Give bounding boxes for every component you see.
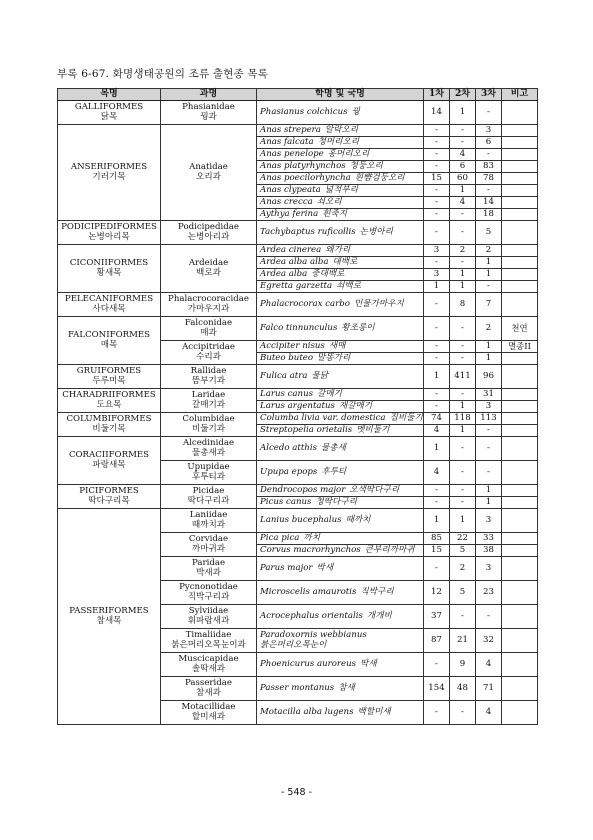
korean-name: 까치 (303, 533, 320, 543)
header-species: 학명 및 국명 (257, 89, 424, 101)
scientific-name: Corvus macrorhynchos (260, 545, 361, 555)
family-cell: Muscicapidae솔딱새과 (161, 653, 257, 677)
survey-1-count: - (424, 401, 450, 413)
survey-2-count: 60 (450, 173, 476, 185)
species-cell: Accipiter nisus새매 (257, 341, 424, 353)
order-name-ko: 닭목 (60, 113, 158, 123)
species-cell: Microscelis amaurotis직박구리 (257, 581, 424, 605)
order-cell: PELECANIFORMES사다새목 (58, 293, 161, 317)
note-cell (502, 173, 538, 185)
survey-1-count: - (424, 257, 450, 269)
header-survey-3: 3차 (476, 89, 502, 101)
scientific-name: Egretta garzetta (260, 281, 332, 291)
survey-2-count: 1 (450, 281, 476, 293)
note-cell (502, 245, 538, 257)
scientific-name: Anas platyrhynchos (260, 161, 346, 171)
scientific-name: Phoenicurus auroreus (260, 659, 356, 669)
survey-3-count: 1 (476, 485, 502, 497)
korean-name: 말똥가리 (317, 353, 350, 363)
survey-3-count: 14 (476, 197, 502, 209)
species-cell: Alcedo atthis물총새 (257, 437, 424, 461)
survey-3-count: 38 (476, 545, 502, 557)
order-cell: CICONIIFORMES황새목 (58, 245, 161, 293)
family-cell: Falconidae매과 (161, 317, 257, 341)
note-cell (502, 413, 538, 425)
note-cell (502, 209, 538, 221)
note-cell (502, 545, 538, 557)
scientific-name: Ardea alba alba (260, 257, 328, 267)
note-cell (502, 353, 538, 365)
survey-2-count: 8 (450, 293, 476, 317)
family-name-ko: 박새과 (163, 569, 254, 579)
survey-3-count: 3 (476, 401, 502, 413)
survey-1-count: - (424, 557, 450, 581)
note-cell (502, 101, 538, 125)
survey-3-count: 18 (476, 209, 502, 221)
korean-name: 꿩 (352, 107, 360, 117)
korean-name: 참새 (338, 683, 355, 693)
species-cell: Anas crecca쇠오리 (257, 197, 424, 209)
note-cell (502, 485, 538, 497)
note-cell: 천연 (502, 317, 538, 341)
survey-3-count: 2 (476, 245, 502, 257)
family-name-ko: 때까치과 (163, 521, 254, 531)
family-name-ko: 뜸부기과 (163, 377, 254, 387)
table-row: CORACIIFORMES파랑새목Alcedinidae물총새과Alcedo a… (58, 437, 538, 461)
survey-2-count: - (450, 389, 476, 401)
survey-3-count: 1 (476, 257, 502, 269)
note-cell (502, 629, 538, 653)
scientific-name: Parus major (260, 563, 313, 573)
korean-name: 새매 (329, 341, 346, 351)
note-cell (502, 677, 538, 701)
family-name-ko: 논병아리과 (163, 233, 254, 243)
note-cell (502, 281, 538, 293)
note-cell (502, 389, 538, 401)
scientific-name: Buteo buteo (260, 353, 313, 363)
family-cell: Anatidae오리과 (161, 125, 257, 221)
order-name-ko: 딱다구리목 (60, 497, 158, 507)
table-row: ANSERIFORMES기러기목Anatidae오리과Anas strepera… (58, 125, 538, 137)
survey-3-count: 2 (476, 317, 502, 341)
species-cell: Larus argentatus재갈매기 (257, 401, 424, 413)
korean-name: 쇠오리 (317, 197, 342, 207)
species-cell: Anas falcata청머리오리 (257, 137, 424, 149)
survey-2-count: 4 (450, 197, 476, 209)
family-cell: Ardeidae백로과 (161, 245, 257, 293)
survey-2-count: 1 (450, 425, 476, 437)
note-cell (502, 161, 538, 173)
korean-name: 후투티 (321, 467, 346, 477)
korean-name: 알락오리 (325, 125, 358, 135)
survey-2-count: - (450, 257, 476, 269)
species-cell: Egretta garzetta쇠백로 (257, 281, 424, 293)
korean-name: 중대백로 (311, 269, 344, 279)
family-cell: Timaliidae붉은머리오목눈이과 (161, 629, 257, 653)
table-row: CHARADRIIFORMES도요목Laridae갈매기과Larus canus… (58, 389, 538, 401)
survey-1-count: 154 (424, 677, 450, 701)
survey-3-count: 3 (476, 557, 502, 581)
scientific-name: Falco tinnunculus (260, 323, 337, 333)
species-cell: Picus canus청딱다구리 (257, 497, 424, 509)
survey-2-count: 9 (450, 653, 476, 677)
note-cell (502, 461, 538, 485)
survey-3-count: - (476, 461, 502, 485)
scientific-name: Phalacrocorax carbo (260, 299, 350, 309)
korean-name: 집비둘기 (390, 413, 423, 423)
survey-2-count: - (450, 353, 476, 365)
table-row: PELECANIFORMES사다새목Phalacrocoracidae가마우지과… (58, 293, 538, 317)
family-name-ko: 후투티과 (163, 473, 254, 483)
scientific-name: Streptopelia orietalis (260, 425, 352, 435)
species-cell: Streptopelia orietalis멧비둘기 (257, 425, 424, 437)
family-name-ko: 붉은머리오목눈이과 (163, 641, 254, 651)
order-name-ko: 참새목 (60, 617, 158, 627)
header-note: 비고 (502, 89, 538, 101)
scientific-name: Anas crecca (260, 197, 313, 207)
order-name-ko: 도요목 (60, 401, 158, 411)
family-name-ko: 수리과 (163, 353, 254, 363)
survey-1-count: 15 (424, 173, 450, 185)
order-name-ko: 사다새목 (60, 305, 158, 315)
species-cell: Anas poecilorhyncha흰뺨검둥오리 (257, 173, 424, 185)
scientific-name: Anas penelope (260, 149, 324, 159)
order-cell: GALLIFORMES닭목 (58, 101, 161, 125)
note-cell (502, 509, 538, 533)
family-cell: Laniidae때까치과 (161, 509, 257, 533)
scientific-name: Anas clypeata (260, 185, 321, 195)
order-name-ko: 매목 (60, 341, 158, 351)
scientific-name: Accipiter nisus (260, 341, 325, 351)
species-cell: Fulica atra물닭 (257, 365, 424, 389)
survey-1-count: 85 (424, 533, 450, 545)
family-cell: Phasianidae꿩과 (161, 101, 257, 125)
species-cell: Corvus macrorhynchos큰부리까마귀 (257, 545, 424, 557)
survey-1-count: 4 (424, 461, 450, 485)
survey-3-count: 33 (476, 533, 502, 545)
scientific-name: Tachybaptus ruficollis (260, 227, 356, 237)
table-row: PASSERIFORMES참새목Laniidae때까치과Lanius bucep… (58, 509, 538, 533)
survey-1-count: 1 (424, 437, 450, 461)
family-cell: Picidae딱다구리과 (161, 485, 257, 509)
survey-3-count: 4 (476, 701, 502, 725)
order-name-ko: 논병아리목 (60, 233, 158, 243)
family-cell: Rallidae뜸부기과 (161, 365, 257, 389)
korean-name: 왜가리 (325, 245, 350, 255)
scientific-name: Phasianus colchicus (260, 107, 348, 117)
species-cell: Larus canus갈매기 (257, 389, 424, 401)
korean-name: 물총새 (321, 443, 346, 453)
survey-3-count: 31 (476, 389, 502, 401)
note-cell (502, 437, 538, 461)
survey-1-count: - (424, 185, 450, 197)
note-cell (502, 293, 538, 317)
family-cell: Columbidae비둘기과 (161, 413, 257, 437)
survey-3-count: 113 (476, 413, 502, 425)
survey-3-count: - (476, 437, 502, 461)
species-cell: Anas strepera알락오리 (257, 125, 424, 137)
table-caption: 부록 6-67. 화명생태공원의 조류 출현종 목록 (57, 66, 268, 81)
family-cell: Motacillidae할미새과 (161, 701, 257, 725)
species-cell: Falco tinnunculus황조롱이 (257, 317, 424, 341)
header-order: 목명 (58, 89, 161, 101)
family-cell: Accipitridae수리과 (161, 341, 257, 365)
species-cell: Passer montanus참새 (257, 677, 424, 701)
survey-2-count: - (450, 437, 476, 461)
survey-3-count: 3 (476, 509, 502, 533)
survey-3-count: - (476, 149, 502, 161)
table-row: GALLIFORMES닭목Phasianidae꿩과Phasianus colc… (58, 101, 538, 125)
survey-3-count: 6 (476, 137, 502, 149)
note-cell (502, 533, 538, 545)
survey-3-count: - (476, 425, 502, 437)
family-cell: Pycnonotidae직박구리과 (161, 581, 257, 605)
family-cell: Paridae박새과 (161, 557, 257, 581)
species-cell: Parus major박새 (257, 557, 424, 581)
scientific-name: Dendrocopos major (260, 485, 345, 495)
korean-name: 청머리오리 (318, 137, 360, 147)
species-cell: Columba livia var. domestica집비둘기 (257, 413, 424, 425)
scientific-name: Pica pica (260, 533, 299, 543)
survey-1-count: - (424, 353, 450, 365)
order-name-ko: 비둘기목 (60, 425, 158, 435)
scientific-name: Ardea cinerea (260, 245, 321, 255)
note-cell (502, 137, 538, 149)
survey-3-count: 3 (476, 125, 502, 137)
survey-1-count: 1 (424, 281, 450, 293)
survey-2-count: - (450, 485, 476, 497)
order-name-ko: 황새목 (60, 269, 158, 279)
family-name-ko: 직박구리과 (163, 593, 254, 603)
note-cell (502, 149, 538, 161)
survey-3-count: 23 (476, 581, 502, 605)
family-name-ko: 솔딱새과 (163, 665, 254, 675)
survey-2-count: - (450, 317, 476, 341)
survey-1-count: - (424, 701, 450, 725)
table-row: CICONIIFORMES황새목Ardeidae백로과Ardea cinerea… (58, 245, 538, 257)
table-row: GRUIFORMES두루미목Rallidae뜸부기과Fulica atra물닭1… (58, 365, 538, 389)
scientific-name: Larus canus (260, 389, 313, 399)
korean-name: 백할미새 (358, 707, 391, 717)
survey-3-count: 4 (476, 653, 502, 677)
scientific-name: Upupa epops (260, 467, 317, 477)
order-cell: COLUMBIFORMES비둘기목 (58, 413, 161, 437)
survey-2-count: 1 (450, 509, 476, 533)
korean-name: 흰죽지 (322, 209, 347, 219)
survey-3-count: - (476, 281, 502, 293)
order-name-ko: 두루미목 (60, 377, 158, 387)
note-cell (502, 221, 538, 245)
family-cell: Alcedinidae물총새과 (161, 437, 257, 461)
survey-2-count: 118 (450, 413, 476, 425)
survey-1-count: - (424, 341, 450, 353)
korean-name: 재갈매기 (339, 401, 372, 411)
korean-name: 붉은머리오목눈이 (260, 641, 421, 651)
order-name-ko: 파랑새목 (60, 461, 158, 471)
note-cell (502, 653, 538, 677)
survey-1-count: - (424, 125, 450, 137)
survey-2-count: - (450, 341, 476, 353)
korean-name: 홍머리오리 (328, 149, 370, 159)
species-cell: Pica pica까치 (257, 533, 424, 545)
family-name-ko: 꿩과 (163, 113, 254, 123)
survey-2-count: - (450, 125, 476, 137)
species-cell: Phoenicurus auroreus딱새 (257, 653, 424, 677)
family-name-ko: 가마우지과 (163, 305, 254, 315)
korean-name: 직박구리 (360, 587, 393, 597)
scientific-name: Fulica atra (260, 371, 307, 381)
order-cell: FALCONIFORMES매목 (58, 317, 161, 365)
survey-2-count: - (450, 221, 476, 245)
survey-1-count: 4 (424, 425, 450, 437)
korean-name: 큰부리까마귀 (365, 545, 415, 555)
survey-2-count: 2 (450, 557, 476, 581)
survey-2-count: - (450, 701, 476, 725)
header-survey-2: 2차 (450, 89, 476, 101)
species-cell: Anas clypeata넓적부리 (257, 185, 424, 197)
species-cell: Tachybaptus ruficollis논병아리 (257, 221, 424, 245)
order-cell: PASSERIFORMES참새목 (58, 509, 161, 725)
family-cell: Passeridae참새과 (161, 677, 257, 701)
survey-2-count: 4 (450, 149, 476, 161)
survey-2-count: 2 (450, 245, 476, 257)
survey-3-count: 71 (476, 677, 502, 701)
survey-1-count: - (424, 485, 450, 497)
family-name-ko: 매과 (163, 329, 254, 339)
survey-3-count: 83 (476, 161, 502, 173)
korean-name: 민물가마우지 (354, 299, 404, 309)
family-name-ko: 백로과 (163, 269, 254, 279)
family-cell: Laridae갈매기과 (161, 389, 257, 413)
korean-name: 물닭 (311, 371, 328, 381)
note-cell (502, 701, 538, 725)
survey-2-count: 1 (450, 185, 476, 197)
survey-2-count: 22 (450, 533, 476, 545)
korean-name: 논병아리 (360, 227, 393, 237)
survey-2-count: 1 (450, 101, 476, 125)
scientific-name: Passer montanus (260, 683, 334, 693)
survey-3-count: 78 (476, 173, 502, 185)
scientific-name: Motacilla alba lugens (260, 707, 354, 717)
korean-name: 때까치 (346, 515, 371, 525)
species-cell: Paradoxornis webbianus붉은머리오목눈이 (257, 629, 424, 653)
family-cell: Phalacrocoracidae가마우지과 (161, 293, 257, 317)
korean-name: 쇠백로 (336, 281, 361, 291)
family-name-ko: 참새과 (163, 689, 254, 699)
korean-name: 개개비 (367, 611, 392, 621)
korean-name: 청둥오리 (350, 161, 383, 171)
survey-2-count: 1 (450, 401, 476, 413)
family-cell: Corvidae까마귀과 (161, 533, 257, 557)
scientific-name: Microscelis amaurotis (260, 587, 356, 597)
family-name-ko: 까마귀과 (163, 545, 254, 555)
note-cell (502, 581, 538, 605)
korean-name: 청딱다구리 (315, 497, 357, 507)
family-cell: Sylviidae휘파람새과 (161, 605, 257, 629)
scientific-name: Anas poecilorhyncha (260, 173, 351, 183)
note-cell: 멸종II (502, 341, 538, 353)
survey-3-count: 5 (476, 221, 502, 245)
scientific-name: Alcedo atthis (260, 443, 317, 453)
survey-1-count: - (424, 221, 450, 245)
scientific-name: Picus canus (260, 497, 311, 507)
order-name-ko: 기러기목 (60, 173, 158, 183)
survey-2-count: 5 (450, 581, 476, 605)
scientific-name: Anas strepera (260, 125, 321, 135)
korean-name: 대백로 (332, 257, 357, 267)
scientific-name: Columba livia var. domestica (260, 413, 386, 423)
family-name-ko: 할미새과 (163, 713, 254, 723)
survey-1-count: - (424, 317, 450, 341)
note-cell (502, 257, 538, 269)
order-cell: CORACIIFORMES파랑새목 (58, 437, 161, 485)
species-cell: Upupa epops후투티 (257, 461, 424, 485)
survey-2-count: 5 (450, 545, 476, 557)
korean-name: 흰뺨검둥오리 (355, 173, 405, 183)
korean-name: 갈매기 (317, 389, 342, 399)
species-cell: Ardea alba중대백로 (257, 269, 424, 281)
note-cell (502, 605, 538, 629)
family-cell: Podicipedidae논병아리과 (161, 221, 257, 245)
order-cell: CHARADRIIFORMES도요목 (58, 389, 161, 413)
survey-1-count: - (424, 209, 450, 221)
survey-1-count: 87 (424, 629, 450, 653)
survey-3-count: 1 (476, 341, 502, 353)
species-cell: Anas platyrhynchos청둥오리 (257, 161, 424, 173)
species-cell: Phasianus colchicus꿩 (257, 101, 424, 125)
survey-3-count: - (476, 185, 502, 197)
survey-1-count: - (424, 137, 450, 149)
korean-name: 넓적부리 (325, 185, 358, 195)
species-cell: Anas penelope홍머리오리 (257, 149, 424, 161)
survey-1-count: 3 (424, 245, 450, 257)
note-cell (502, 425, 538, 437)
note-cell (502, 365, 538, 389)
survey-1-count: - (424, 293, 450, 317)
survey-1-count: 12 (424, 581, 450, 605)
survey-1-count: - (424, 653, 450, 677)
note-cell (502, 557, 538, 581)
korean-name: 딱새 (360, 659, 377, 669)
survey-1-count: 15 (424, 545, 450, 557)
survey-2-count: - (450, 461, 476, 485)
scientific-name: Anas falcata (260, 137, 314, 147)
survey-2-count: 48 (450, 677, 476, 701)
family-name-ko: 오리과 (163, 173, 254, 183)
scientific-name: Aythya ferina (260, 209, 318, 219)
scientific-name: Ardea alba (260, 269, 307, 279)
family-name-ko: 비둘기과 (163, 425, 254, 435)
survey-1-count: 3 (424, 269, 450, 281)
scientific-name: Acrocephalus orientalis (260, 611, 363, 621)
note-cell (502, 497, 538, 509)
survey-1-count: - (424, 389, 450, 401)
survey-1-count: 1 (424, 365, 450, 389)
scientific-name: Paradoxornis webbianus (260, 630, 367, 640)
survey-1-count: - (424, 497, 450, 509)
page-number: - 548 - (0, 787, 593, 798)
family-name-ko: 딱다구리과 (163, 497, 254, 507)
species-cell: Dendrocopos major오색딱다구리 (257, 485, 424, 497)
survey-3-count: 1 (476, 497, 502, 509)
survey-1-count: 74 (424, 413, 450, 425)
species-cell: Ardea cinerea왜가리 (257, 245, 424, 257)
family-name-ko: 휘파람새과 (163, 617, 254, 627)
survey-2-count: - (450, 497, 476, 509)
survey-2-count: - (450, 605, 476, 629)
survey-2-count: 411 (450, 365, 476, 389)
table-header-row: 목명 과명 학명 및 국명 1차 2차 3차 비고 (58, 89, 538, 101)
